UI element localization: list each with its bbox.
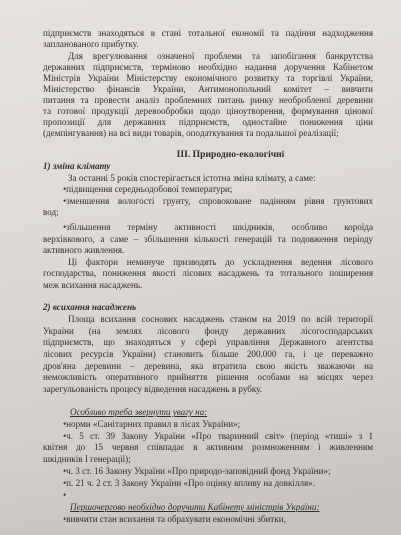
subsection-title-climate: 1) зміна клімату [43,161,373,172]
climate-bullet-cont: верхівкового, а саме – збільшення кілько… [43,234,373,245]
intro-para-line: (демпінгування) на всі види товарів, опо… [43,128,373,139]
climate-conclusion: господарства, пониження якості лісових н… [43,268,373,279]
intro-para-line: питання та провести аналіз проблемних пи… [43,95,373,106]
attention-item-cont: квітня до 15 червня співпадає в активним… [43,442,373,453]
intro-para-line: Міністрів України Міністерству економічн… [43,73,373,84]
attention-item: •п. 21 ч. 2 ст. 3 Закону України «Про оц… [43,478,393,489]
intro-para-line: та готової продукції деревообробки щодо … [43,106,373,117]
attention-item: •ч. 5 ст. 39 Закону України «Про тваринн… [43,431,373,442]
drying-para: лісових ресурсів України) становить біль… [43,349,373,360]
attention-item-cont: шкідників І генерації); [43,454,373,465]
attention-item-empty: • [43,490,393,501]
climate-bullet: •зменшення вологості грунту, спровокован… [43,196,373,207]
climate-conclusion: Ці фактори неминуче призводять до усклад… [43,257,373,268]
document-page: підприємств знаходяться в стані тотально… [0,0,401,535]
attention-item: •ч. 3 ст. 16 Закону України «Про природо… [43,466,393,477]
subsection-title-drying: 2) всихання насаджень [43,302,373,313]
section-heading: ІІІ. Природно-екологічні [30,149,401,160]
climate-bullet-cont: активного живлення. [43,245,373,256]
climate-bullet: •підвищення середньодобової температури; [43,184,393,195]
drying-para: України (на землях лісового фонду держав… [43,326,373,337]
drying-para: підприємств, що знаходяться у сфері упра… [43,337,373,348]
priority-heading: Першочергово необхідно доручити Кабінету… [70,502,320,513]
attention-item: •норми «Санітарних правил в лісах Україн… [43,419,393,430]
attention-heading: Особливо треба звернути увагу на: [70,407,207,418]
climate-lead: За останні 5 років спостерігається істот… [43,173,398,184]
intro-line-1: підприємств знаходяться в стані тотально… [43,28,373,39]
intro-para-line: пропозиції для державних підприємств, од… [43,117,373,128]
drying-para: зарегульованість процесу відведення наса… [43,384,373,395]
intro-para-line: Міністерство фінансів України, Антимоноп… [43,84,373,95]
intro-line-2: запланованого прибутку. [43,39,373,50]
climate-bullet-cont: вод; [43,207,373,218]
intro-para-line: Для врегулювання означеної проблеми та з… [43,51,373,62]
climate-bullet: •збільшення терміну активності шкідників… [43,222,373,233]
intro-para-line: державних підприємств, терміново необхід… [43,62,373,73]
drying-para: Площа всихання соснових насаджень станом… [43,314,373,325]
drying-para: дров'яна деревини – деревина, яка втрати… [43,361,373,372]
climate-conclusion: меж всихання насаджень. [43,280,373,291]
priority-item: •вивчити стан всихання та обрахувати еко… [43,514,393,525]
drying-para: неможливість оперативного прийняття ріше… [43,372,373,383]
